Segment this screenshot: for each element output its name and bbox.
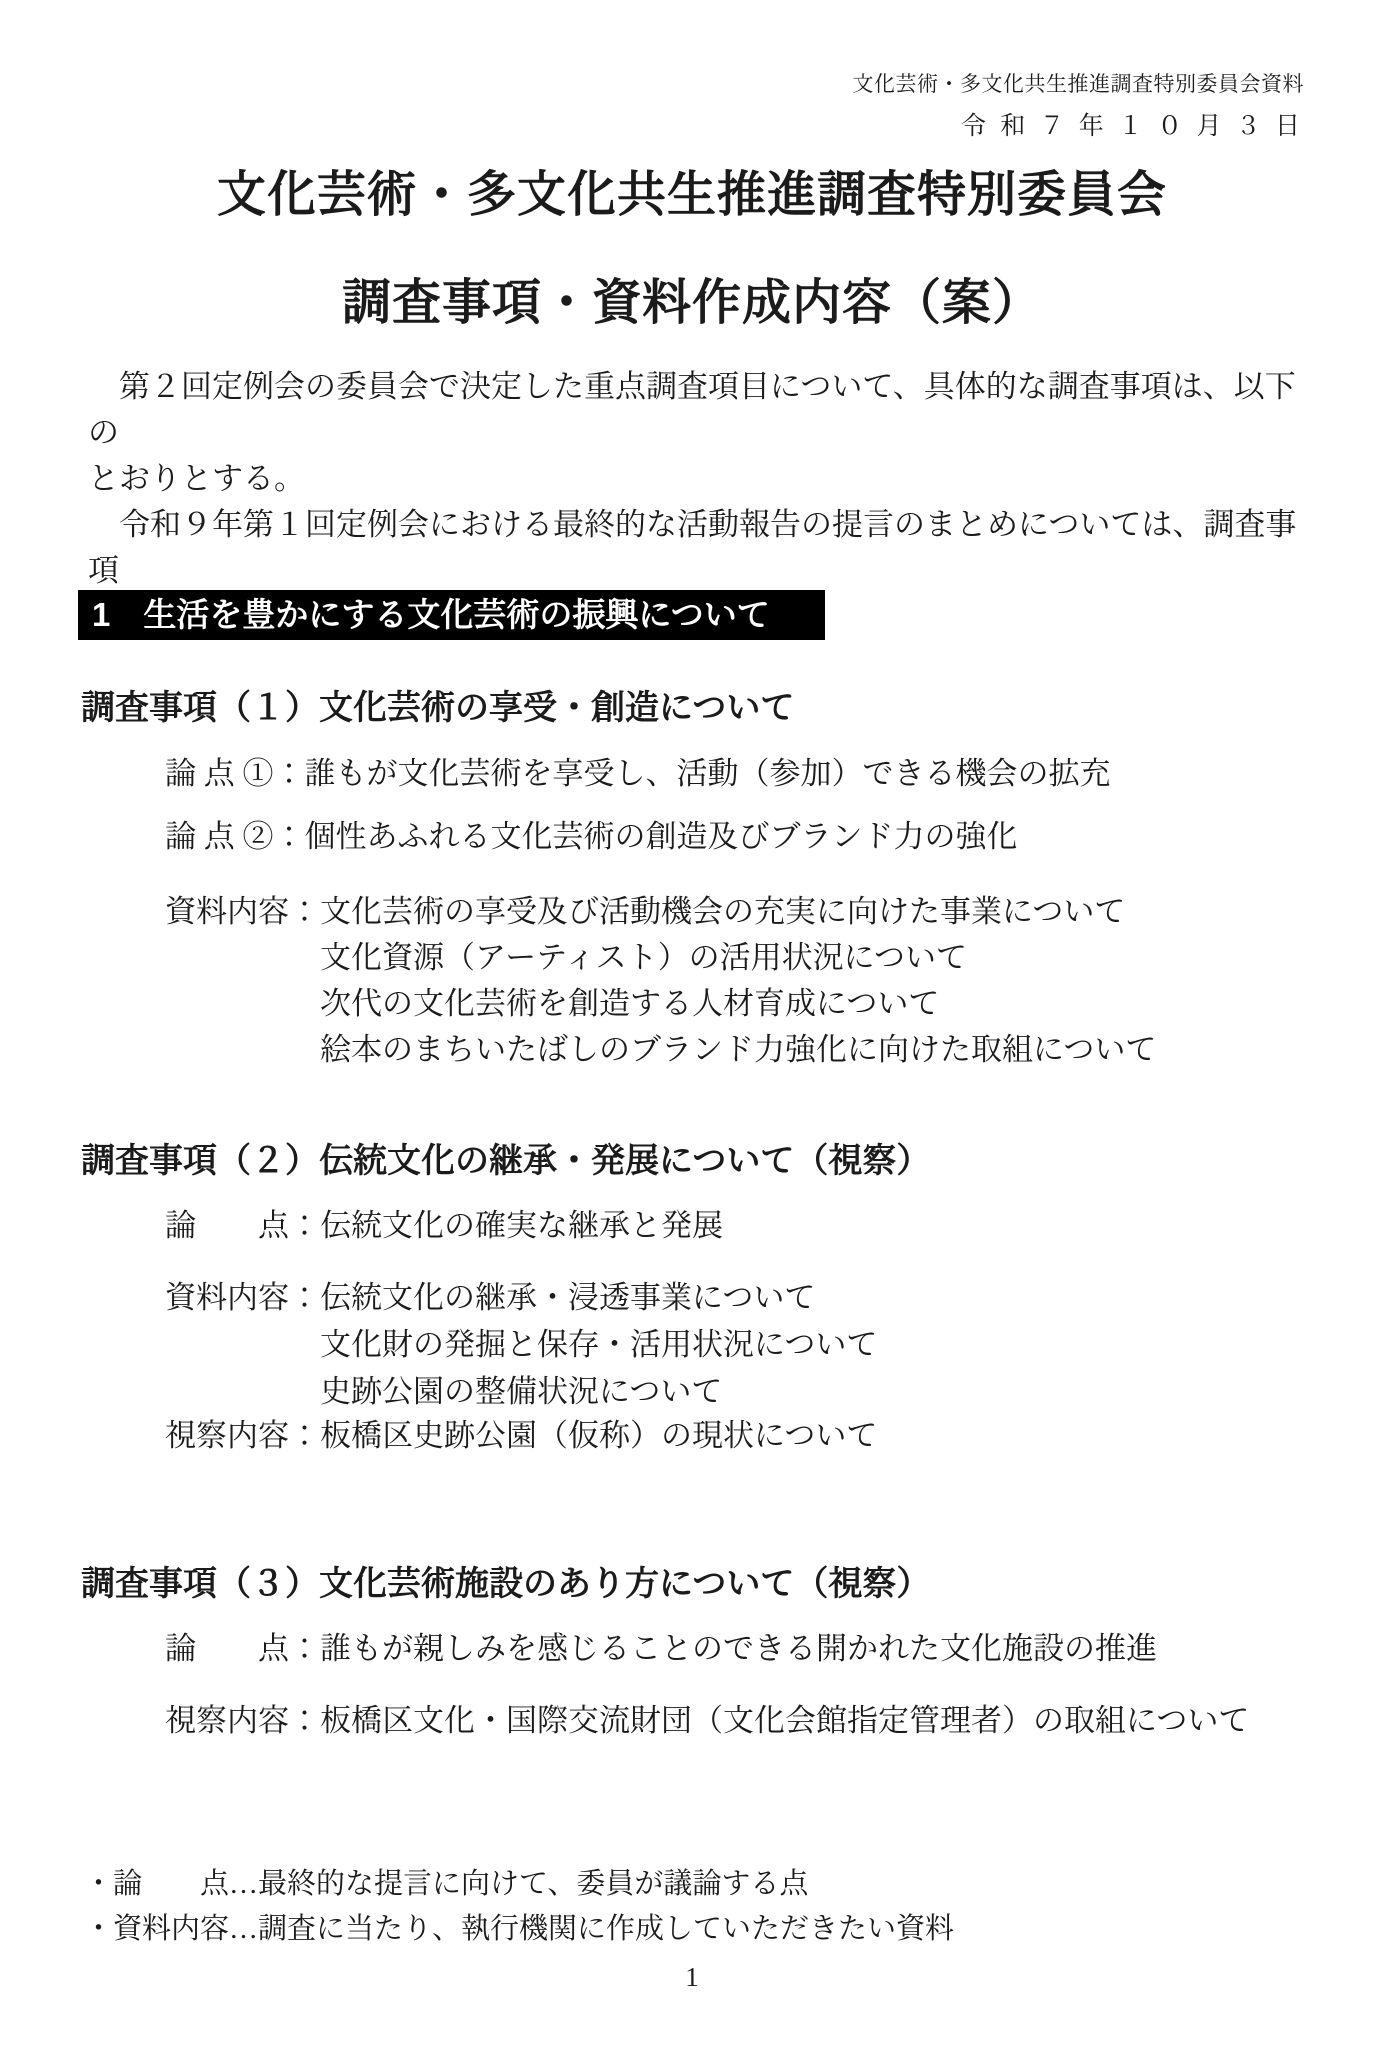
page-number: 1 [0,1962,1384,1993]
header-org-note: 文化芸術・多文化共生推進調査特別委員会資料 [853,68,1305,98]
section2-ronten-row: 論 点： 伝統文化の確実な継承と発展 [165,1203,723,1249]
document-title: 文化芸術・多文化共生推進調査特別委員会 調査事項・資料作成内容（案） [0,156,1384,334]
shisatsu-label: 視察内容： [165,1698,320,1744]
ronten2-text: 個性あふれる文化芸術の創造及びブランド力の強化 [305,814,1018,860]
section1-shiryo-row: 資料内容： 文化芸術の享受及び活動機会の充実に向けた事業について 文化資源（アー… [165,889,1156,1073]
intro-para1-line2: とおりとする。 [88,456,1324,502]
footnote-ronten: ・論 点…最終的な提言に向けて、委員が議論する点 [84,1862,954,1907]
shiryo-line: 文化財の発掘と保存・活用状況について [320,1321,877,1368]
shisatsu-text: 板橋区文化・国際交流財団（文化会館指定管理者）の取組について [320,1698,1249,1744]
shiryo-label: 資料内容： [165,1274,320,1321]
ronten1-label: 論 点 ①： [165,751,305,797]
section3-ronten-row: 論 点： 誰もが親しみを感じることのできる開かれた文化施設の推進 [165,1626,1157,1672]
shiryo-line: 伝統文化の継承・浸透事業について [320,1274,877,1321]
section3-heading: 調査事項（３）文化芸術施設のあり方について（視察） [81,1556,930,1605]
ronten-text: 伝統文化の確実な継承と発展 [320,1203,723,1249]
document-header: 文化芸術・多文化共生推進調査特別委員会資料 令 和 ７ 年 １ ０ 月 ３ 日 [853,68,1305,142]
ronten2-label: 論 点 ②： [165,814,305,860]
footnotes: ・論 点…最終的な提言に向けて、委員が議論する点 ・資料内容…調査に当たり、執行… [84,1862,954,1952]
intro-para1-line1: 第２回定例会の委員会で決定した重点調査項目について、具体的な調査事項は、以下の [88,364,1324,456]
section2-shisatsu-row: 視察内容： 板橋区史跡公園（仮称）の現状について [165,1413,877,1459]
shiryo-label: 資料内容： [165,889,320,935]
section1-heading: 調査事項（１）文化芸術の享受・創造について [81,680,794,729]
footnote-shiryo: ・資料内容…調査に当たり、執行機関に作成していただきたい資料 [84,1907,954,1952]
ronten-label: 論 点： [165,1203,320,1249]
shiryo-line: 文化資源（アーティスト）の活用状況について [320,935,1156,981]
intro-para2-line1: 令和９年第１回定例会における最終的な活動報告の提言のまとめについては、調査事項 [88,502,1324,594]
shiryo-line: 史跡公園の整備状況について [320,1368,877,1415]
ronten1-text: 誰もが文化芸術を享受し、活動（参加）できる機会の拡充 [305,751,1111,797]
shiryo-line: 文化芸術の享受及び活動機会の充実に向けた事業について [320,889,1156,935]
shisatsu-label: 視察内容： [165,1413,320,1459]
section1-ronten2-row: 論 点 ②： 個性あふれる文化芸術の創造及びブランド力の強化 [165,814,1018,860]
section3-shisatsu-row: 視察内容： 板橋区文化・国際交流財団（文化会館指定管理者）の取組について [165,1698,1249,1744]
title-line-1: 文化芸術・多文化共生推進調査特別委員会 [0,156,1384,226]
title-line-2: 調査事項・資料作成内容（案） [0,264,1384,334]
ronten-text: 誰もが親しみを感じることのできる開かれた文化施設の推進 [320,1626,1157,1672]
shisatsu-text: 板橋区史跡公園（仮称）の現状について [320,1413,877,1459]
ronten-label: 論 点： [165,1626,320,1672]
document-page: 文化芸術・多文化共生推進調査特別委員会資料 令 和 ７ 年 １ ０ 月 ３ 日 … [0,0,1384,2048]
section1-banner: 1 生活を豊かにする文化芸術の振興について [78,590,825,640]
section2-shiryo-row: 資料内容： 伝統文化の継承・浸透事業について 文化財の発掘と保存・活用状況につい… [165,1274,877,1415]
shiryo-line: 次代の文化芸術を創造する人材育成について [320,981,1156,1027]
shiryo-line: 絵本のまちいたばしのブランド力強化に向けた取組について [320,1027,1156,1073]
shiryo-lines: 伝統文化の継承・浸透事業について 文化財の発掘と保存・活用状況について 史跡公園… [320,1274,877,1415]
shiryo-lines: 文化芸術の享受及び活動機会の充実に向けた事業について 文化資源（アーティスト）の… [320,889,1156,1073]
header-date: 令 和 ７ 年 １ ０ 月 ３ 日 [853,106,1305,142]
section1-ronten1-row: 論 点 ①： 誰もが文化芸術を享受し、活動（参加）できる機会の拡充 [165,751,1111,797]
section2-heading: 調査事項（２）伝統文化の継承・発展について（視察） [81,1133,930,1182]
